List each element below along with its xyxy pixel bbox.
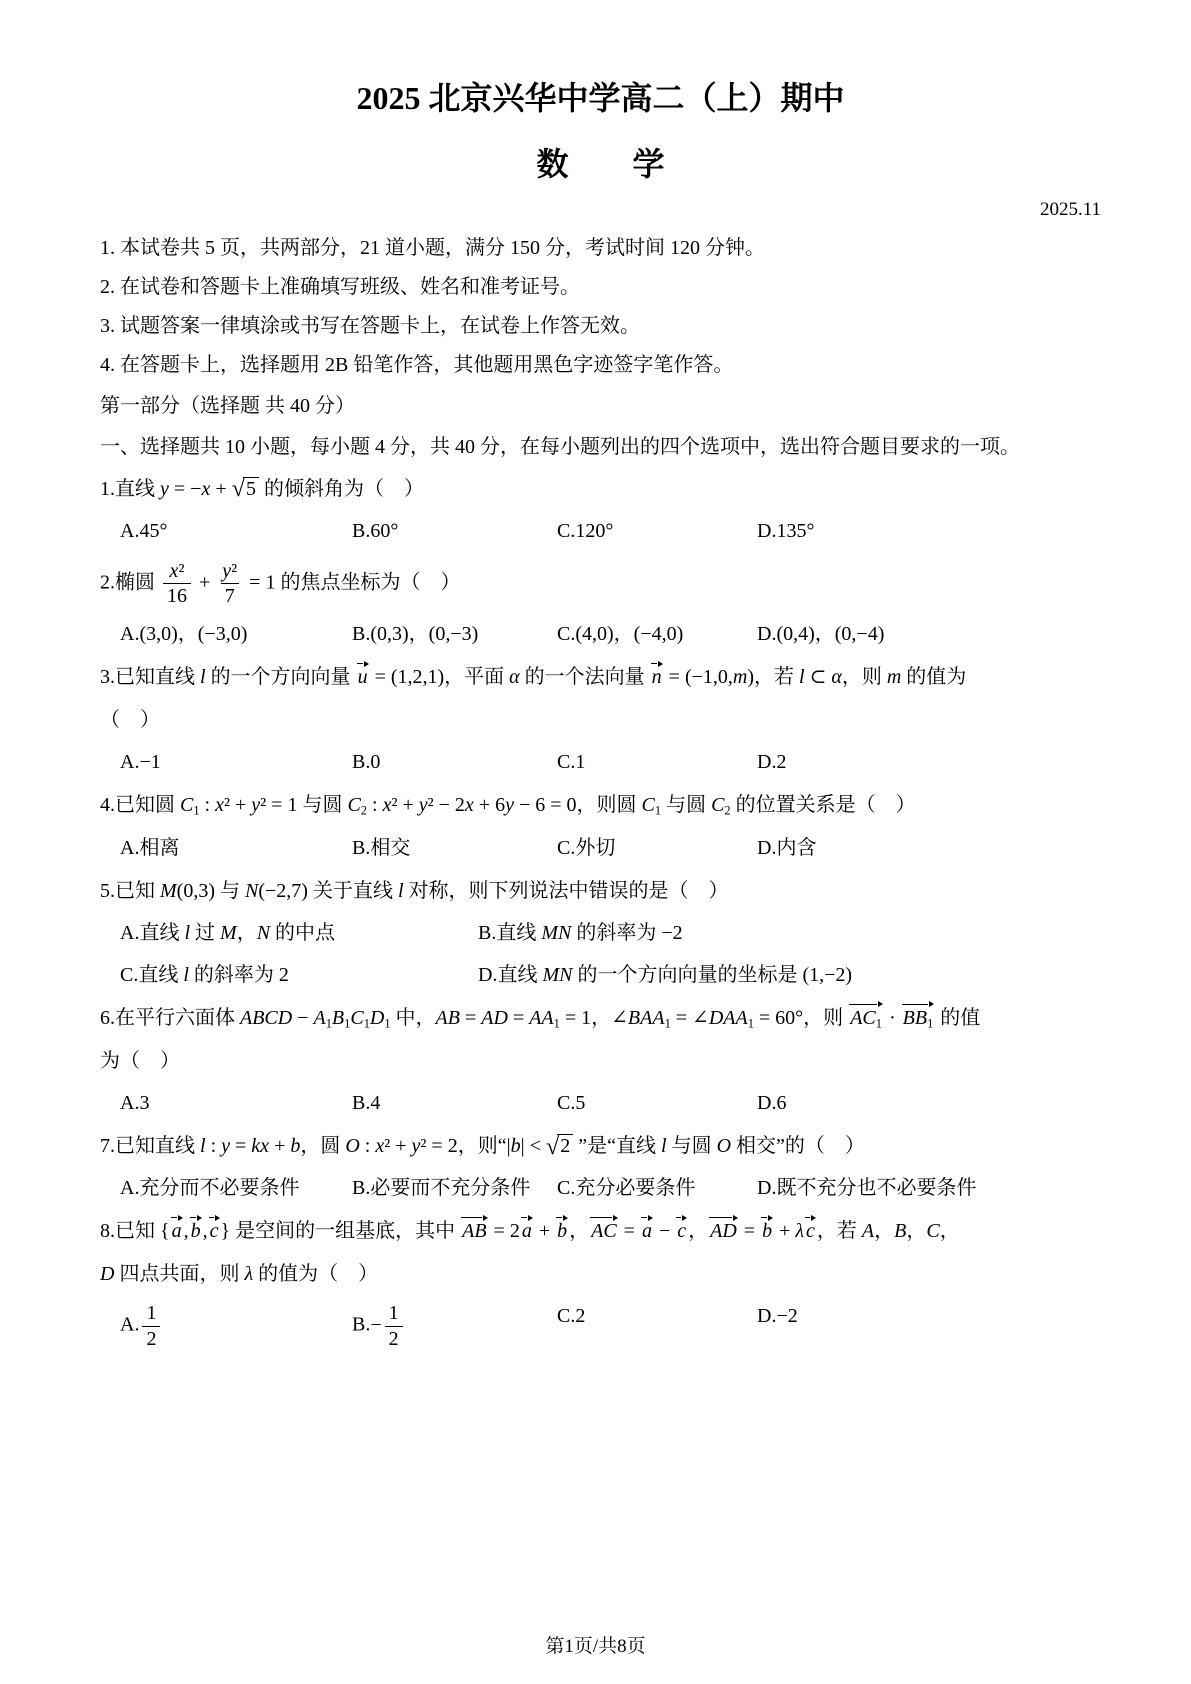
math-text: : [360, 1135, 376, 1157]
option-content: (0,3)，(0,−3) [370, 623, 478, 645]
option-content: 120° [575, 520, 613, 542]
math-text: 5 [246, 478, 256, 500]
math-text: 3.已知直线 [100, 666, 200, 688]
math-vector: c [804, 1217, 817, 1242]
math-text: : [206, 1135, 222, 1157]
math-text: 的值 [935, 1007, 980, 1029]
math-var: A [314, 1007, 326, 1029]
math-var: b [511, 1135, 521, 1157]
question-5-option-A: A.直线 l 过 M，N 的中点 [120, 919, 478, 948]
math-var: C [180, 794, 193, 816]
math-text: = − [169, 478, 202, 500]
option-label: A. [120, 837, 139, 859]
math-text: ² + [384, 1135, 411, 1157]
question-4-option-D: D.内含 [757, 834, 1101, 863]
math-text: 120° [575, 520, 613, 542]
fraction-numerator: y² [218, 560, 241, 583]
math-text: + 6 [474, 794, 505, 816]
math-var: y [251, 794, 260, 816]
option-content: 既不充分也不必要条件 [776, 1177, 976, 1199]
math-text: 2 [389, 1328, 399, 1350]
option-content: (4,0)，(−4,0) [575, 623, 683, 645]
math-vector: AC [589, 1217, 619, 1242]
math-text: = (1,2,1)，平面 [370, 666, 510, 688]
option-label: B. [352, 1314, 370, 1336]
question-8-option-B: B.−12 [352, 1302, 557, 1350]
math-var: AD [481, 1007, 508, 1029]
question-8-stem-line-1: 8.已知 {a,b,c} 是空间的一组基底，其中 AB = 2a + b，AC … [100, 1217, 1101, 1246]
math-text: 的位置关系是（ ） [731, 794, 916, 816]
math-var: kx [251, 1135, 269, 1157]
question-4: 4.已知圆 C1 : x² + y² = 1 与圆 C2 : x² + y² −… [100, 791, 1101, 862]
math-vector: u [356, 663, 370, 688]
option-content: 相交 [370, 837, 410, 859]
math-var: x [201, 478, 210, 500]
question-5: 5.已知 M(0,3) 与 N(−2,7) 关于直线 l 对称，则下列说法中错误… [100, 877, 1101, 990]
math-vector: BB1 [901, 1004, 936, 1030]
math-text: （ ） [100, 709, 160, 731]
math-text: | < [521, 1135, 546, 1157]
math-text: ² + [224, 794, 251, 816]
option-label: D. [478, 964, 497, 986]
question-3-option-B: B.0 [352, 748, 557, 777]
question-1-options-row: A.45°B.60°C.120°D.135° [100, 517, 1101, 546]
math-text: = 60°，则 [754, 1007, 848, 1029]
math-text: 直线 [138, 964, 183, 986]
math-var: y [221, 1135, 230, 1157]
math-var: AD [710, 1220, 737, 1242]
option-label: A. [120, 520, 139, 542]
option-content: (3,0)，(−3,0) [139, 623, 247, 645]
math-text: )，若 [747, 666, 799, 688]
option-label: B. [352, 1092, 370, 1114]
math-var: x [215, 794, 224, 816]
option-content: 135° [776, 520, 814, 542]
math-text: 过 [190, 922, 220, 944]
question-6-option-C: C.5 [557, 1089, 757, 1118]
question-6-option-D: D.6 [757, 1089, 1101, 1118]
option-content: 2 [575, 1305, 585, 1327]
part1-header: 第一部分（选择题 共 40 分） [100, 392, 1101, 420]
fraction-numerator: x² [166, 560, 189, 583]
option-content: 相离 [139, 837, 179, 859]
math-text: 6 [776, 1092, 786, 1114]
question-4-option-A: A.相离 [120, 834, 352, 863]
math-fraction: 12 [142, 1302, 160, 1350]
math-text: 对称，则下列说法中错误的是（ ） [404, 880, 729, 902]
math-var: M [160, 880, 177, 902]
math-text: 与圆 [661, 794, 711, 816]
notice-item-2: 2. 在试卷和答题卡上准确填写班级、姓名和准考证号。 [100, 273, 1101, 301]
math-text: 16 [167, 585, 187, 607]
question-1-option-A: A.45° [120, 517, 352, 546]
math-text: (0,4)，(0,−4) [776, 623, 884, 645]
math-var: AB [436, 1007, 460, 1029]
question-3: 3.已知直线 l 的一个方向向量 u = (1,2,1)，平面 α 的一个法向量… [100, 663, 1101, 777]
math-vector: AC1 [848, 1004, 884, 1030]
math-text: 的一个法向量 [520, 666, 650, 688]
math-text: 的斜率为 2 [189, 964, 289, 986]
option-label: B. [352, 1177, 370, 1199]
fraction-denominator: 2 [142, 1326, 160, 1350]
math-text: 5 [575, 1092, 585, 1114]
notice-item-4: 4. 在答题卡上，选择题用 2B 铅笔作答，其他题用黑色字迹签字笔作答。 [100, 351, 1101, 379]
math-text: = [230, 1135, 251, 1157]
question-2-options-row: A.(3,0)，(−3,0)B.(0,3)，(0,−3)C.(4,0)，(−4,… [100, 620, 1101, 649]
question-3-options-row: A.−1B.0C.1D.2 [100, 748, 1101, 777]
question-3-stem-line-2: （ ） [100, 706, 1101, 735]
math-text: 1.直线 [100, 478, 160, 500]
math-text: 7 [225, 585, 235, 607]
notice-item-3: 3. 试题答案一律填涂或书写在答题卡上，在试卷上作答无效。 [100, 312, 1101, 340]
math-var: MN [542, 964, 572, 986]
option-label: D. [757, 1305, 776, 1327]
math-text: (0,3)，(0,−3) [370, 623, 478, 645]
question-3-option-A: A.−1 [120, 748, 352, 777]
math-text: 相交”的（ ） [731, 1135, 865, 1157]
option-label: C. [557, 1092, 575, 1114]
notice-item-1: 1. 本试卷共 5 页，共两部分，21 道小题，满分 150 分，考试时间 12… [100, 234, 1101, 262]
math-var: λ [795, 1220, 804, 1242]
math-text: 中， [391, 1007, 436, 1029]
math-text: } 是空间的一组基底，其中 [221, 1220, 461, 1242]
question-5-option-B: B.直线 MN 的斜率为 −2 [478, 919, 1101, 948]
option-label: A. [120, 751, 139, 773]
math-text: 的一个方向向量 [206, 666, 356, 688]
math-text: 必要而不充分条件 [370, 1177, 530, 1199]
fraction-numerator: 1 [142, 1302, 160, 1325]
math-text: 既不充分也不必要条件 [776, 1177, 976, 1199]
math-text: = 1，∠ [560, 1007, 628, 1029]
question-5-options-row: C.直线 l 的斜率为 2D.直线 MN 的一个方向向量的坐标是 (1,−2) [100, 961, 1101, 990]
math-sqrt: √5 [232, 478, 259, 500]
math-var: y [222, 560, 231, 582]
math-var: m [733, 666, 747, 688]
math-text: ， [940, 1220, 960, 1242]
math-text: − [654, 1220, 675, 1242]
math-text: + [210, 478, 231, 500]
math-text: = (−1,0, [664, 666, 733, 688]
question-6-options-row: A.3B.4C.5D.6 [100, 1089, 1101, 1118]
math-text: (0,3) 与 [177, 880, 245, 902]
math-text: 4.已知圆 [100, 794, 180, 816]
question-4-option-B: B.相交 [352, 834, 557, 863]
math-var: b [191, 1220, 201, 1242]
question-5-option-C: C.直线 l 的斜率为 2 [120, 961, 478, 990]
math-fraction: 12 [385, 1302, 403, 1350]
question-5-option-D: D.直线 MN 的一个方向向量的坐标是 (1,−2) [478, 961, 1101, 990]
option-label: D. [757, 751, 776, 773]
math-text: 外切 [575, 837, 615, 859]
option-label: B. [352, 837, 370, 859]
question-3-stem-line-1: 3.已知直线 l 的一个方向向量 u = (1,2,1)，平面 α 的一个法向量… [100, 663, 1101, 692]
sqrt-argument: 5 [243, 477, 259, 502]
math-text: − [292, 1007, 313, 1029]
math-text: 的中点 [270, 922, 335, 944]
option-content: 直线 MN 的斜率为 −2 [496, 922, 682, 944]
option-content: 60° [370, 520, 398, 542]
math-var: x [465, 794, 474, 816]
option-content: 直线 l 过 M，N 的中点 [139, 922, 335, 944]
question-2-option-C: C.(4,0)，(−4,0) [557, 620, 757, 649]
option-content: 必要而不充分条件 [370, 1177, 530, 1199]
math-var: c [806, 1220, 815, 1242]
math-text: 3 [139, 1092, 149, 1114]
math-var: B [894, 1220, 906, 1242]
question-8: 8.已知 {a,b,c} 是空间的一组基底，其中 AB = 2a + b，AC … [100, 1217, 1101, 1350]
option-label: B. [352, 520, 370, 542]
option-label: C. [557, 623, 575, 645]
option-content: 4 [370, 1092, 380, 1114]
math-var: N [257, 922, 270, 944]
math-text: ， [237, 922, 257, 944]
math-var: D [100, 1263, 114, 1285]
math-text: ² − 2 [428, 794, 465, 816]
math-var: N [245, 880, 258, 902]
math-text: = [508, 1007, 529, 1029]
question-7-option-C: C.充分必要条件 [557, 1174, 757, 1203]
math-text: 2.椭圆 [100, 571, 160, 593]
option-content: 12 [139, 1314, 163, 1336]
math-text: 的一个方向向量的坐标是 (1,−2) [572, 964, 852, 986]
math-text: ， [688, 1220, 708, 1242]
math-text: 1 [146, 1302, 156, 1324]
option-label: D. [757, 1177, 776, 1199]
question-2-option-B: B.(0,3)，(0,−3) [352, 620, 557, 649]
question-7-option-A: A.充分而不必要条件 [120, 1174, 352, 1203]
math-text: 为（ ） [100, 1050, 180, 1072]
option-label: C. [557, 837, 575, 859]
option-content: 充分而不必要条件 [139, 1177, 299, 1199]
question-7-option-D: D.既不充分也不必要条件 [757, 1174, 1101, 1203]
question-6: 6.在平行六面体 ABCD − A1B1C1D1 中，AB = AD = AA1… [100, 1004, 1101, 1118]
option-content: (0,4)，(0,−4) [776, 623, 884, 645]
math-vector: c [208, 1217, 221, 1242]
option-label: C. [557, 1177, 575, 1199]
math-text: 四点共面，则 [114, 1263, 244, 1285]
page-footer: 第1页/共8页 [0, 1631, 1191, 1658]
question-2: 2.椭圆 x²16 + y²7 = 1 的焦点坐标为（ ）A.(3,0)，(−3… [100, 560, 1101, 650]
option-content: −1 [139, 751, 160, 773]
math-text: ² [178, 560, 184, 582]
math-text: 的值为（ ） [253, 1263, 378, 1285]
question-5-stem-line-1: 5.已知 M(0,3) 与 N(−2,7) 关于直线 l 对称，则下列说法中错误… [100, 877, 1101, 906]
math-var: α [831, 666, 842, 688]
question-7: 7.已知直线 l : y = kx + b，圆 O : x² + y² = 2，… [100, 1132, 1101, 1203]
math-fraction: x²16 [163, 560, 191, 608]
math-text: 8.已知 { [100, 1220, 170, 1242]
math-var: B [332, 1007, 344, 1029]
math-text: − 6 = 0，则圆 [514, 794, 642, 816]
math-text: = ∠ [671, 1007, 709, 1029]
question-8-option-C: C.2 [557, 1302, 757, 1331]
math-var: BB [903, 1007, 927, 1029]
question-2-option-A: A.(3,0)，(−3,0) [120, 620, 352, 649]
option-content: 3 [139, 1092, 149, 1114]
option-label: D. [757, 520, 776, 542]
math-text: 4 [370, 1092, 380, 1114]
math-text: = [739, 1220, 760, 1242]
math-text: 直线 [139, 922, 184, 944]
math-var: α [509, 666, 520, 688]
math-text: (−2,7) 关于直线 [258, 880, 398, 902]
math-text: ， [569, 1220, 589, 1242]
math-text: ， [874, 1220, 894, 1242]
math-var: c [677, 1220, 686, 1242]
math-text: 相交 [370, 837, 410, 859]
math-var: y [419, 794, 428, 816]
option-content: 6 [776, 1092, 786, 1114]
fraction-denominator: 7 [221, 583, 239, 607]
question-7-stem-line-1: 7.已知直线 l : y = kx + b，圆 O : x² + y² = 2，… [100, 1132, 1101, 1161]
math-subscript: 1 [927, 1016, 933, 1030]
math-var: AC [591, 1220, 617, 1242]
math-var: x [375, 1135, 384, 1157]
question-4-option-C: C.外切 [557, 834, 757, 863]
math-var: C [926, 1220, 939, 1242]
question-6-stem-line-1: 6.在平行六面体 ABCD − A1B1C1D1 中，AB = AD = AA1… [100, 1004, 1101, 1033]
math-text: ² = 2，则“| [420, 1135, 510, 1157]
option-label: C. [120, 964, 138, 986]
exam-page: 2025 北京兴华中学高二（上）期中 数 学 2025.11 1. 本试卷共 5… [0, 0, 1191, 1684]
math-text: 相离 [139, 837, 179, 859]
math-subscript: 1 [876, 1016, 882, 1030]
math-var: A [862, 1220, 874, 1242]
math-text: 60° [370, 520, 398, 542]
math-text: 的倾斜角为（ ） [259, 478, 424, 500]
math-text: + [269, 1135, 290, 1157]
question-1-option-B: B.60° [352, 517, 557, 546]
option-label: A. [120, 922, 139, 944]
option-label: B. [478, 922, 496, 944]
math-text: 45° [139, 520, 167, 542]
option-content: 45° [139, 520, 167, 542]
exam-notices: 1. 本试卷共 5 页，共两部分，21 道小题，满分 150 分，考试时间 12… [100, 234, 1101, 379]
subject-title: 数 学 [100, 144, 1101, 184]
math-text: 1 [389, 1302, 399, 1324]
option-content: 5 [575, 1092, 585, 1114]
math-vector: b [555, 1217, 569, 1242]
math-var: BAA [628, 1007, 665, 1029]
math-text: = [619, 1220, 640, 1242]
math-text: ”是“直线 [573, 1135, 661, 1157]
question-1-option-C: C.120° [557, 517, 757, 546]
math-text: ，圆 [300, 1135, 345, 1157]
option-label: A. [120, 1177, 139, 1199]
option-label: C. [557, 520, 575, 542]
math-text: 充分必要条件 [575, 1177, 695, 1199]
math-var: y [505, 794, 514, 816]
page-title: 2025 北京兴华中学高二（上）期中 [100, 78, 1101, 118]
math-var: c [210, 1220, 219, 1242]
math-var: b [290, 1135, 300, 1157]
option-label: B. [352, 751, 370, 773]
math-text: 6.在平行六面体 [100, 1007, 240, 1029]
math-text: ⊂ [805, 666, 832, 688]
option-label: D. [757, 1092, 776, 1114]
math-text: + [194, 571, 215, 593]
option-label: A. [120, 1314, 139, 1336]
sqrt-argument: 2 [557, 1134, 573, 1159]
question-1: 1.直线 y = −x + √5 的倾斜角为（ ）A.45°B.60°C.120… [100, 475, 1101, 546]
question-7-options-row: A.充分而不必要条件B.必要而不充分条件C.充分必要条件D.既不充分也不必要条件 [100, 1174, 1101, 1203]
math-vector: c [675, 1217, 688, 1242]
question-7-option-B: B.必要而不充分条件 [352, 1174, 557, 1203]
option-label: D. [757, 837, 776, 859]
math-var: D [370, 1007, 384, 1029]
math-var: C [711, 794, 724, 816]
question-5-options-row: A.直线 l 过 M，N 的中点B.直线 MN 的斜率为 −2 [100, 919, 1101, 948]
math-text: 充分而不必要条件 [139, 1177, 299, 1199]
math-text: ，则 [842, 666, 887, 688]
question-1-option-D: D.135° [757, 517, 1101, 546]
math-text: · [884, 1007, 901, 1029]
fraction-denominator: 16 [163, 583, 191, 607]
math-text: −1 [139, 751, 160, 773]
math-text: 内含 [776, 837, 816, 859]
math-vector: AD [708, 1217, 739, 1242]
math-vector: AB [460, 1217, 488, 1242]
question-3-option-C: C.1 [557, 748, 757, 777]
question-4-stem-line-1: 4.已知圆 C1 : x² + y² = 1 与圆 C2 : x² + y² −… [100, 791, 1101, 820]
math-text: 2 [560, 1135, 570, 1157]
option-content: −2 [776, 1305, 797, 1327]
math-fraction: y²7 [218, 560, 241, 608]
math-text: 7.已知直线 [100, 1135, 200, 1157]
math-vector: b [760, 1217, 774, 1242]
math-text: (3,0)，(−3,0) [139, 623, 247, 645]
question-2-stem-line-1: 2.椭圆 x²16 + y²7 = 1 的焦点坐标为（ ） [100, 560, 1101, 608]
math-var: ABCD [240, 1007, 292, 1029]
question-1-stem-line-1: 1.直线 y = −x + √5 的倾斜角为（ ） [100, 475, 1101, 504]
math-text: : [367, 794, 383, 816]
math-text: (4,0)，(−4,0) [575, 623, 683, 645]
math-vector: n [650, 663, 664, 688]
math-text: 直线 [496, 922, 541, 944]
math-var: a [172, 1220, 182, 1242]
math-var: m [887, 666, 901, 688]
math-var: λ [244, 1263, 253, 1285]
section1-intro: 一、选择题共 10 小题，每小题 4 分，共 40 分，在每小题列出的四个选项中… [100, 433, 1101, 461]
math-text: ² [231, 560, 237, 582]
math-var: AC [850, 1007, 876, 1029]
math-text: ，若 [817, 1220, 862, 1242]
math-text: 5.已知 [100, 880, 160, 902]
math-var: n [652, 666, 662, 688]
math-text: 2 [575, 1305, 585, 1327]
option-content: −12 [370, 1314, 405, 1336]
option-content: 0 [370, 751, 380, 773]
math-text: ， [906, 1220, 926, 1242]
math-var: C [350, 1007, 363, 1029]
math-var: DAA [709, 1007, 748, 1029]
math-var: M [220, 922, 237, 944]
math-var: AA [529, 1007, 553, 1029]
option-label: C. [557, 751, 575, 773]
math-text: −2 [776, 1305, 797, 1327]
math-text: − [370, 1314, 381, 1336]
math-var: a [522, 1220, 532, 1242]
math-text: + [774, 1220, 795, 1242]
option-content: 内含 [776, 837, 816, 859]
option-content: 外切 [575, 837, 615, 859]
math-var: MN [541, 922, 571, 944]
math-text: ² + [391, 794, 418, 816]
math-text: = 1 的焦点坐标为（ ） [244, 571, 460, 593]
option-content: 1 [575, 751, 585, 773]
question-3-option-D: D.2 [757, 748, 1101, 777]
math-var: y [160, 478, 169, 500]
